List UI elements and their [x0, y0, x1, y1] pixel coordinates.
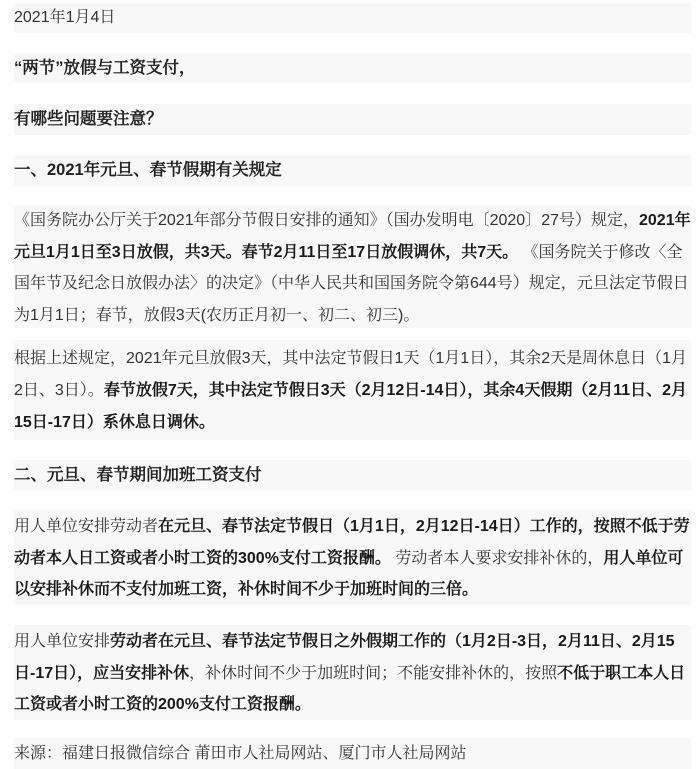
- section-1-heading: 一、2021年元旦、春节假期有关规定: [14, 155, 691, 186]
- section-2-paragraph-2: 用人单位安排劳动者在元旦、春节法定节假日之外假期工作的（1月2日-3日，2月11…: [14, 625, 691, 720]
- section-2-heading: 二、元旦、春节期间加班工资支付: [14, 460, 691, 490]
- text-run: 《国务院办公厅关于2021年部分节假日安排的通知》（国办发明电〔2020〕27号…: [14, 212, 639, 229]
- bold-text-run: 春节放假7天，其中法定节假日3天（2月12日-14日），其余4天假期（2月11日…: [14, 382, 687, 431]
- title-line-2: 有哪些问题要注意？: [14, 104, 691, 135]
- article-source: 来源：福建日报微信综合 莆田市人社局网站、厦门市人社局网站: [14, 738, 691, 769]
- section-1-paragraph-1: 《国务院办公厅关于2021年部分节假日安排的通知》（国办发明电〔2020〕27号…: [14, 205, 691, 328]
- text-run: 用人单位安排劳动者: [14, 518, 158, 535]
- title-line-1: “两节”放假与工资支付，: [14, 53, 691, 83]
- text-run: 劳动者本人要求安排补休的，: [391, 550, 603, 567]
- section-1-paragraph-2: 根据上述规定，2021年元旦放假3天，其中法定节假日1天（1月1日），其余2天是…: [14, 340, 691, 440]
- text-run: 用人单位安排: [14, 633, 110, 650]
- article-date: 2021年1月4日: [14, 3, 691, 33]
- section-2-paragraph-1: 用人单位安排劳动者在元旦、春节法定节假日（1月1日，2月12日-14日）工作的，…: [14, 510, 691, 605]
- text-run: ，补休时间不少于加班时间；不能安排补休的，按照: [189, 665, 557, 682]
